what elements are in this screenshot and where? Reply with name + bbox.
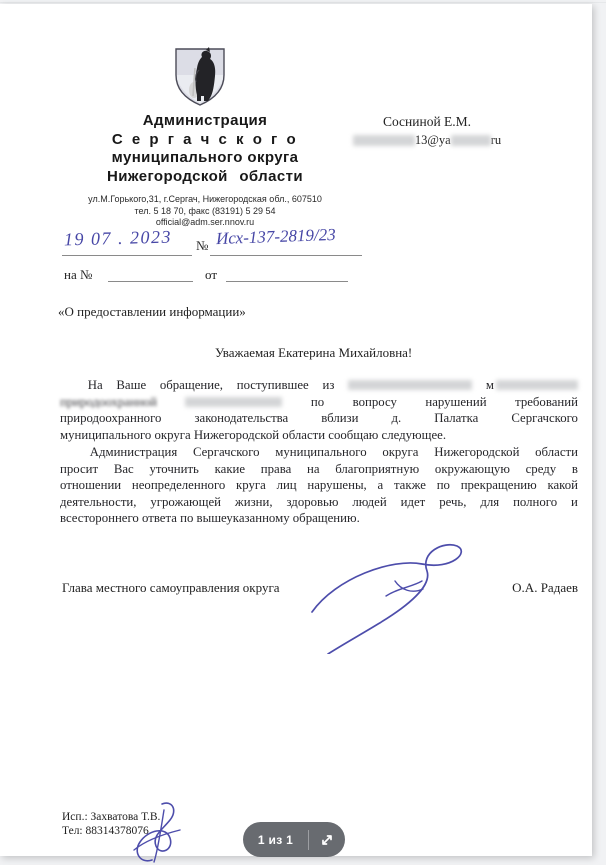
text-token: людей: [352, 494, 386, 511]
body-line: деятельности,угрожающейжизни,здоровьюлюд…: [60, 494, 578, 511]
letterhead-org-name: Администрация С е р г а ч с к о г о муни…: [40, 112, 370, 186]
text-token: законодательства: [194, 410, 288, 427]
text-token: муниципального округа Нижегородской обла…: [60, 428, 446, 442]
text-token: вблизи: [321, 410, 358, 427]
text-token: среду: [526, 461, 557, 478]
text-token: на: [307, 461, 320, 478]
text-token: д.: [392, 410, 402, 427]
text-token: благоприятную: [335, 461, 419, 478]
subject-line: «О предоставлении информации»: [58, 304, 246, 320]
text-token: природоохранного: [60, 410, 161, 427]
body-line: всестороннего ответа по вышеуказанному о…: [60, 510, 578, 527]
text-token: обращение,: [160, 377, 223, 394]
body-paragraph-1: НаВашеобращение,поступившееизмприродоохр…: [60, 377, 578, 443]
redaction-blur: [185, 397, 282, 407]
body-line: АдминистрацияСергачскогомуниципальногоок…: [60, 444, 578, 461]
signer-name: О.А. Радаев: [512, 580, 578, 596]
coat-of-arms-bear-icon: [173, 46, 227, 108]
recipient-email: 13@yaru: [338, 133, 516, 148]
text-token: Палатка: [434, 410, 478, 427]
org-line: Нижегородской области: [40, 168, 370, 187]
text-token: поступившее: [237, 377, 309, 394]
recipient-name: Сосниной Е.М.: [338, 114, 516, 130]
handwritten-number: Исх-137-2819/23: [216, 225, 336, 249]
text-token: какие: [215, 461, 245, 478]
reply-to-label: на №: [64, 267, 92, 283]
body-line: природоохранногозаконодательствавблизид.…: [60, 410, 578, 427]
document-viewer: Администрация С е р г а ч с к о г о муни…: [0, 0, 606, 865]
text-token: неопределенного: [132, 477, 225, 494]
org-line: Администрация: [40, 112, 370, 131]
text-token: Нижегородской: [434, 444, 519, 461]
letter-page: Администрация С е р г а ч с к о г о муни…: [0, 4, 592, 856]
text-token: Сергачского: [193, 444, 260, 461]
text-token: Вас: [114, 461, 134, 478]
from-label: от: [205, 267, 217, 283]
address-line: тел. 5 18 70, факс (83191) 5 29 54: [40, 206, 370, 218]
recipient-block: Сосниной Е.М. 13@yaru: [338, 114, 516, 148]
text-token: Администрация: [90, 444, 178, 461]
handwritten-date: 19 07 . 2023: [64, 227, 173, 251]
body-paragraph-2: АдминистрацияСергачскогомуниципальногоок…: [60, 444, 578, 527]
text-token: просит: [60, 461, 98, 478]
text-token: вопросу: [353, 394, 397, 411]
text-token: прекращению: [461, 477, 537, 494]
body-line: проситВасуточнитькакиеправанаблагоприятн…: [60, 461, 578, 478]
text-token: области: [535, 444, 578, 461]
blurred-text: природоохранной: [60, 394, 157, 411]
number-label: №: [196, 238, 208, 254]
text-token: по: [311, 394, 324, 411]
org-line: муниципального округа: [40, 149, 370, 168]
text-token: м: [486, 377, 578, 394]
head-signature: [300, 542, 480, 654]
text-token: также: [394, 477, 426, 494]
text-token: На: [88, 377, 103, 394]
text-token: для: [480, 494, 499, 511]
text-token: лиц: [277, 477, 297, 494]
letterhead-address: ул.М.Горького,31, г.Сергач, Нижегородска…: [40, 194, 370, 229]
redaction-blur: [451, 135, 491, 146]
text-token: всестороннего ответа по вышеуказанному о…: [60, 511, 360, 525]
text-token: полного: [513, 494, 557, 511]
text-token: в: [572, 461, 578, 478]
org-line: С е р г а ч с к о г о: [40, 131, 370, 150]
page-indicator-pill: 1 из 1: [243, 822, 345, 857]
redaction-blur: [348, 380, 472, 390]
viewer-top-border: [0, 2, 606, 3]
text-token: идет: [401, 494, 426, 511]
email-tail: ru: [491, 133, 501, 148]
address-line: ул.М.Горького,31, г.Сергач, Нижегородска…: [40, 194, 370, 206]
text-token: какой: [547, 477, 578, 494]
text-token: муниципального: [275, 444, 366, 461]
text-token: здоровью: [286, 494, 338, 511]
text-token: м: [486, 377, 494, 394]
text-token: речь,: [439, 494, 466, 511]
body-line: отношениинеопределенногокругалицнарушены…: [60, 477, 578, 494]
text-token: и: [571, 494, 578, 511]
expand-icon: [320, 833, 334, 847]
date-underline: [62, 255, 192, 256]
fullscreen-button[interactable]: [309, 833, 345, 847]
text-token: круга: [236, 477, 266, 494]
reply-number-underline: [108, 281, 193, 282]
text-token: нарушений: [425, 394, 486, 411]
text-token: деятельности,: [60, 494, 136, 511]
text-token: по: [437, 477, 450, 494]
text-token: из: [322, 377, 334, 394]
redaction-blur: [353, 135, 415, 146]
text-token: а: [378, 477, 384, 494]
email-visible-part: 13@ya: [415, 133, 451, 148]
body-line: природоохраннойповопросунарушенийтребова…: [60, 394, 578, 411]
text-token: уточнить: [149, 461, 198, 478]
redaction-blur: [496, 380, 578, 390]
text-token: отношении: [60, 477, 121, 494]
body-line: НаВашеобращение,поступившееизм: [60, 377, 578, 394]
page-indicator-label: 1 из 1: [243, 833, 308, 847]
text-token: права: [261, 461, 291, 478]
from-date-underline: [226, 281, 348, 282]
salutation: Уважаемая Екатерина Михайловна!: [215, 345, 412, 361]
signer-title: Глава местного самоуправления округа: [62, 580, 280, 596]
number-underline: [210, 255, 362, 256]
body-line: муниципального округа Нижегородской обла…: [60, 427, 578, 444]
text-token: жизни,: [235, 494, 273, 511]
text-token: Сергачского: [511, 410, 578, 427]
text-token: округа: [382, 444, 418, 461]
text-token: Ваше: [116, 377, 146, 394]
text-token: требований: [515, 394, 578, 411]
text-token: нарушены,: [307, 477, 366, 494]
executor-signature: [128, 800, 184, 865]
text-token: угрожающей: [150, 494, 221, 511]
text-token: окружающую: [435, 461, 510, 478]
